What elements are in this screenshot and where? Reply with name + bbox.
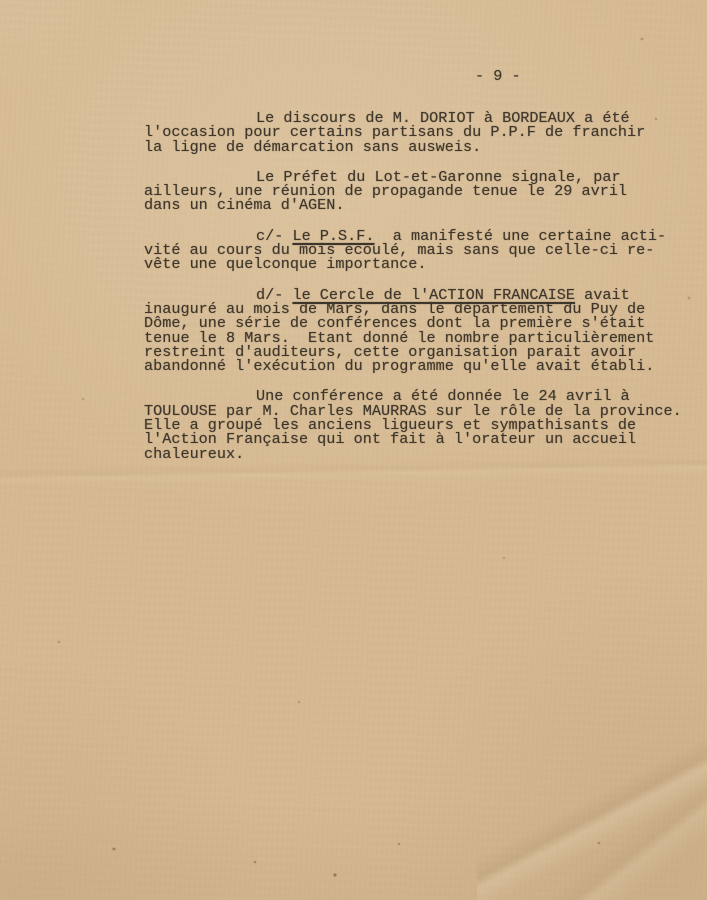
paper-speckles xyxy=(0,0,2,2)
page-number: - 9 - xyxy=(475,69,521,83)
text-line: la ligne de démarcation sans ausweis. xyxy=(144,140,704,154)
paragraph-action-francaise: d/- le Cercle de l'ACTION FRANCAISE avai… xyxy=(144,288,704,374)
paper-crease-bottom-right xyxy=(477,680,707,900)
text-line: abandonné l'exécution du programme qu'el… xyxy=(144,359,704,373)
document-body: Le discours de M. DORIOT à BORDEAUX a ét… xyxy=(144,111,704,461)
text-line: vête une quelconque importance. xyxy=(144,257,704,271)
paragraph-prefet-lot-et-garonne: Le Préfet du Lot-et-Garonne signale, par… xyxy=(144,170,704,213)
scanned-document-page: - 9 - Le discours de M. DORIOT à BORDEAU… xyxy=(0,0,707,900)
paragraph-psf: c/- Le P.S.F. a manifesté une certaine a… xyxy=(144,229,704,272)
paragraph-conference-toulouse: Une conférence a été donnée le 24 avril … xyxy=(144,389,704,460)
paragraph-doriot-bordeaux: Le discours de M. DORIOT à BORDEAUX a ét… xyxy=(144,111,704,154)
text-line: chaleureux. xyxy=(144,447,704,461)
text-line: dans un cinéma d'AGEN. xyxy=(144,198,704,212)
